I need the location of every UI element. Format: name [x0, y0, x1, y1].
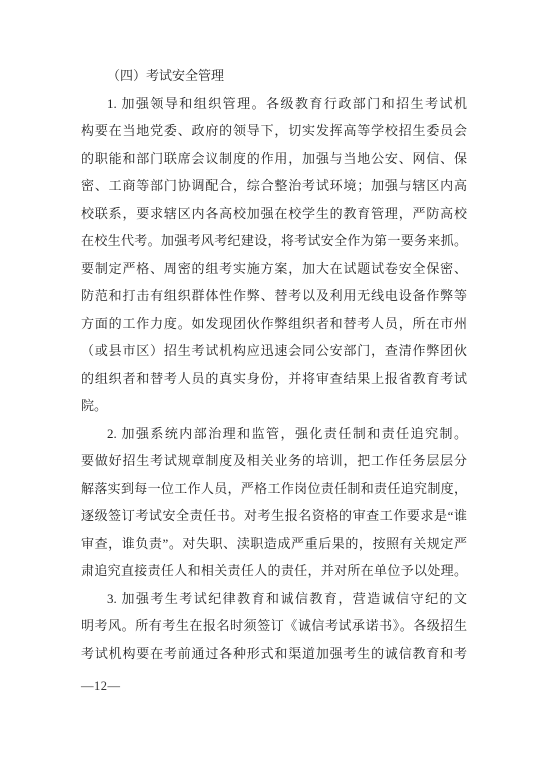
page-number: —12— — [81, 678, 121, 694]
text-line: 校联系，要求辖区内各高校加强在校学生的教育管理，严防高校 — [81, 200, 467, 228]
text-line: 构要在当地党委、政府的领导下，切实发挥高等学校招生委员会 — [81, 117, 467, 145]
text-line: 在校生代考。加强考风考纪建设，将考试安全作为第一要务来抓。 — [81, 227, 467, 255]
section-heading: （四）考试安全管理 — [81, 62, 467, 90]
text-line: 院。 — [81, 392, 467, 420]
text-block: （四）考试安全管理 1. 加强领导和组织管理。各级教育行政部门和招生考试机 构要… — [81, 62, 467, 667]
text-line: 密、工商等部门协调配合，综合整治考试环境；加强与辖区内高 — [81, 172, 467, 200]
text-line: 的职能和部门联席会议制度的作用，加强与当地公安、网信、保 — [81, 145, 467, 173]
text-line: 审查，谁负责”。对失职、渎职造成严重后果的，按照有关规定严 — [81, 530, 467, 558]
text-line: 要制定严格、周密的组考实施方案，加大在试题试卷安全保密、 — [81, 255, 467, 283]
text-line: 的组织者和替考人员的真实身份，并将审查结果上报省教育考试 — [81, 365, 467, 393]
text-line: 3. 加强考生考试纪律教育和诚信教育，营造诚信守纪的文 — [81, 585, 467, 613]
text-line: 2. 加强系统内部治理和监管，强化责任制和责任追究制。 — [81, 420, 467, 448]
text-line: 1. 加强领导和组织管理。各级教育行政部门和招生考试机 — [81, 90, 467, 118]
document-page: （四）考试安全管理 1. 加强领导和组织管理。各级教育行政部门和招生考试机 构要… — [0, 0, 542, 757]
text-line: 逐级签订考试安全责任书。对考生报名资格的审查工作要求是“谁 — [81, 502, 467, 530]
text-line: 明考风。所有考生在报名时须签订《诚信考试承诺书》。各级招生 — [81, 612, 467, 640]
text-line: 考试机构要在考前通过各种形式和渠道加强考生的诚信教育和考 — [81, 640, 467, 668]
text-line: 肃追究直接责任人和相关责任人的责任，并对所在单位予以处理。 — [81, 557, 467, 585]
text-line: 方面的工作力度。如发现团伙作弊组织者和替考人员，所在市州 — [81, 310, 467, 338]
text-line: 解落实到每一位工作人员，严格工作岗位责任制和责任追究制度， — [81, 475, 467, 503]
text-line: 要做好招生考试规章制度及相关业务的培训，把工作任务层层分 — [81, 447, 467, 475]
text-line: 防范和打击有组织群体性作弊、替考以及利用无线电设备作弊等 — [81, 282, 467, 310]
text-line: （或县市区）招生考试机构应迅速会同公安部门，查清作弊团伙 — [81, 337, 467, 365]
